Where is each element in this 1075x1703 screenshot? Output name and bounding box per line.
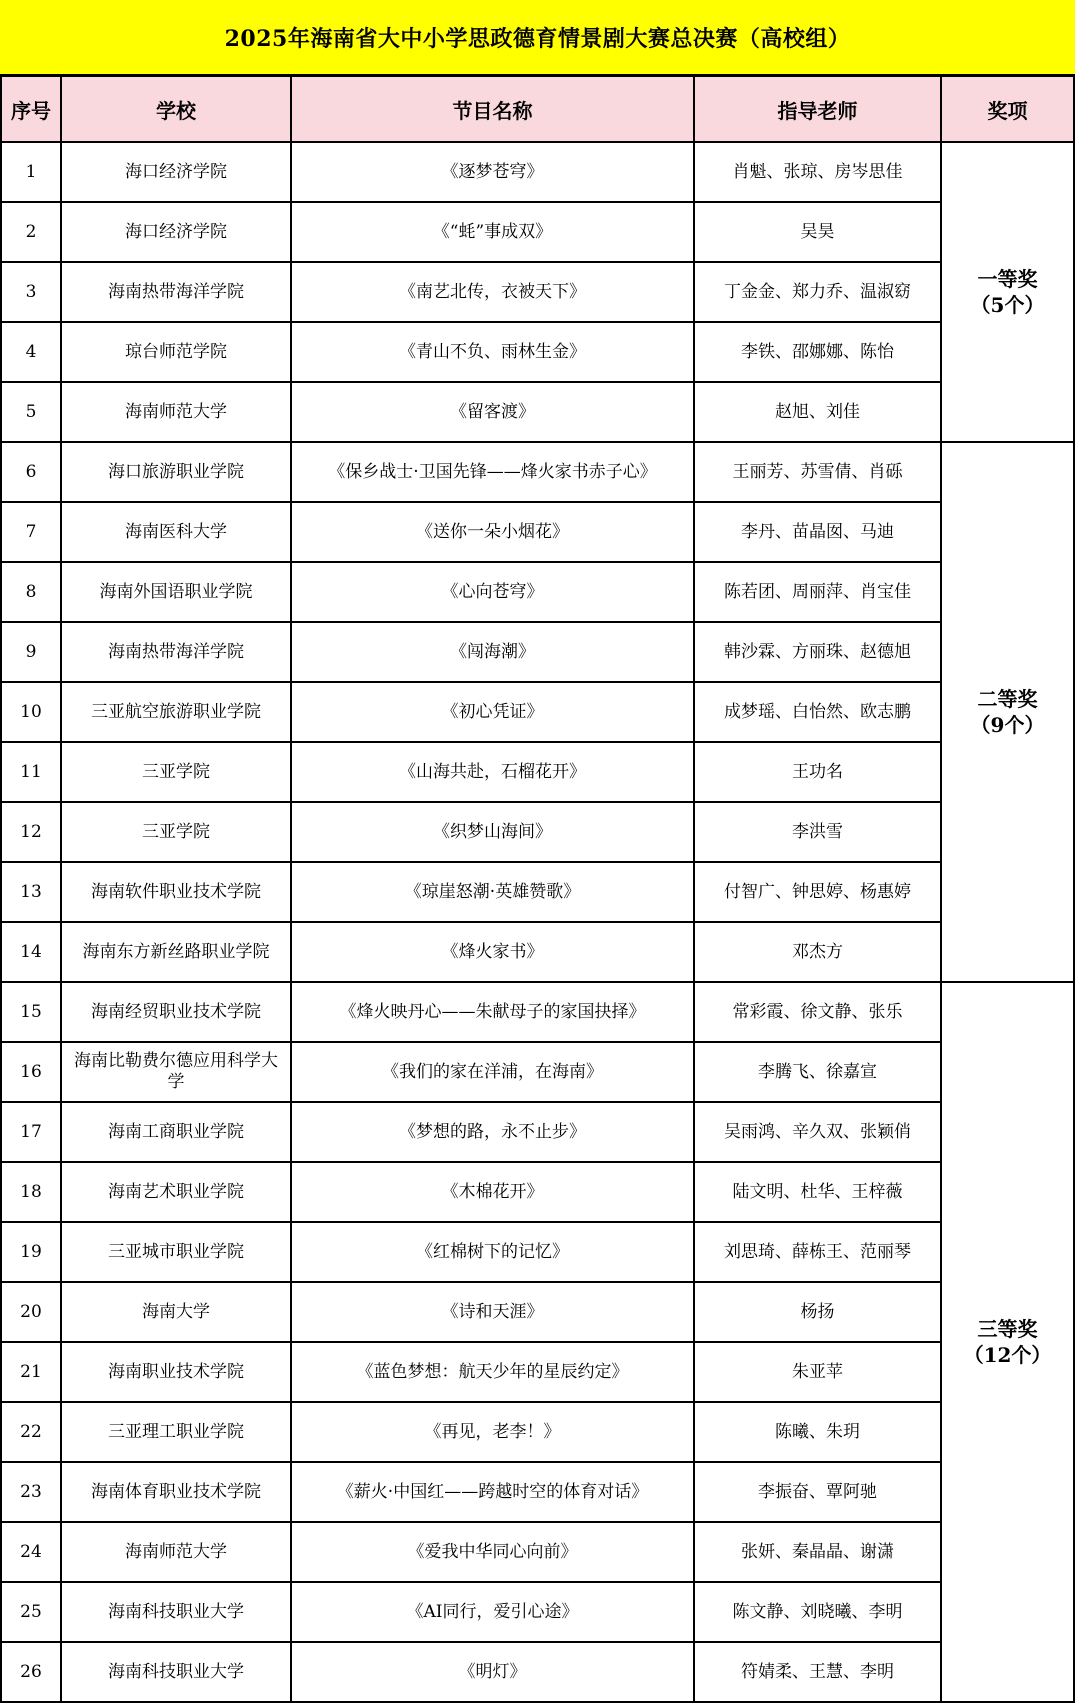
cell-no: 1 bbox=[1, 142, 61, 202]
cell-school: 海口经济学院 bbox=[61, 142, 291, 202]
page-title: 2025年海南省大中小学思政德育情景剧大赛总决赛（高校组） bbox=[0, 0, 1075, 76]
table-body: 1海口经济学院《逐梦苍穹》肖魁、张琼、房岑思佳一等奖（5个）2海口经济学院《“蚝… bbox=[1, 142, 1074, 1702]
cell-school: 三亚理工职业学院 bbox=[61, 1402, 291, 1462]
cell-program: 《红棉树下的记忆》 bbox=[291, 1222, 694, 1282]
table-row: 4琼台师范学院《青山不负、雨林生金》李铁、邵娜娜、陈怡 bbox=[1, 322, 1074, 382]
header-teacher: 指导老师 bbox=[694, 76, 941, 142]
table-row: 7海南医科大学《送你一朵小烟花》李丹、苗晶囡、马迪 bbox=[1, 502, 1074, 562]
cell-school: 海南艺术职业学院 bbox=[61, 1162, 291, 1222]
table-row: 18海南艺术职业学院《木棉花开》陆文明、杜华、王梓薇 bbox=[1, 1162, 1074, 1222]
cell-teacher: 吴昊 bbox=[694, 202, 941, 262]
header-award: 奖项 bbox=[941, 76, 1074, 142]
cell-program: 《织梦山海间》 bbox=[291, 802, 694, 862]
cell-school: 海口旅游职业学院 bbox=[61, 442, 291, 502]
awards-table: 序号 学校 节目名称 指导老师 奖项 1海口经济学院《逐梦苍穹》肖魁、张琼、房岑… bbox=[0, 75, 1075, 1703]
cell-teacher: 李洪雪 bbox=[694, 802, 941, 862]
cell-no: 8 bbox=[1, 562, 61, 622]
cell-school: 海南经贸职业技术学院 bbox=[61, 982, 291, 1042]
cell-no: 12 bbox=[1, 802, 61, 862]
cell-school: 海南比勒费尔德应用科学大学 bbox=[61, 1042, 291, 1102]
table-row: 3海南热带海洋学院《南艺北传，衣被天下》丁金金、郑力乔、温淑窈 bbox=[1, 262, 1074, 322]
cell-program: 《诗和天涯》 bbox=[291, 1282, 694, 1342]
table-row: 12三亚学院《织梦山海间》李洪雪 bbox=[1, 802, 1074, 862]
cell-teacher: 李铁、邵娜娜、陈怡 bbox=[694, 322, 941, 382]
cell-teacher: 李腾飞、徐嘉宣 bbox=[694, 1042, 941, 1102]
award-name: 一等奖 bbox=[946, 266, 1069, 292]
cell-program: 《留客渡》 bbox=[291, 382, 694, 442]
cell-program: 《我们的家在洋浦，在海南》 bbox=[291, 1042, 694, 1102]
cell-teacher: 丁金金、郑力乔、温淑窈 bbox=[694, 262, 941, 322]
award-cell: 一等奖（5个） bbox=[941, 142, 1074, 442]
cell-teacher: 陈曦、朱玥 bbox=[694, 1402, 941, 1462]
table-row: 21海南职业技术学院《蓝色梦想：航天少年的星辰约定》朱亚苹 bbox=[1, 1342, 1074, 1402]
table-row: 11三亚学院《山海共赴，石榴花开》王功名 bbox=[1, 742, 1074, 802]
cell-program: 《闯海潮》 bbox=[291, 622, 694, 682]
cell-school: 三亚城市职业学院 bbox=[61, 1222, 291, 1282]
table-row: 8海南外国语职业学院《心向苍穹》陈若团、周丽萍、肖宝佳 bbox=[1, 562, 1074, 622]
cell-program: 《再见，老李！》 bbox=[291, 1402, 694, 1462]
table-row: 10三亚航空旅游职业学院《初心凭证》成梦瑶、白怡然、欧志鹏 bbox=[1, 682, 1074, 742]
cell-school: 琼台师范学院 bbox=[61, 322, 291, 382]
header-program: 节目名称 bbox=[291, 76, 694, 142]
cell-no: 4 bbox=[1, 322, 61, 382]
award-name: 三等奖 bbox=[946, 1316, 1069, 1342]
cell-no: 9 bbox=[1, 622, 61, 682]
cell-school: 海南职业技术学院 bbox=[61, 1342, 291, 1402]
cell-school: 海南医科大学 bbox=[61, 502, 291, 562]
cell-no: 5 bbox=[1, 382, 61, 442]
cell-teacher: 邓杰方 bbox=[694, 922, 941, 982]
cell-teacher: 王功名 bbox=[694, 742, 941, 802]
table-row: 6海口旅游职业学院《保乡战士·卫国先锋——烽火家书赤子心》王丽芳、苏雪倩、肖砾二… bbox=[1, 442, 1074, 502]
cell-teacher: 成梦瑶、白怡然、欧志鹏 bbox=[694, 682, 941, 742]
cell-school: 海南外国语职业学院 bbox=[61, 562, 291, 622]
cell-teacher: 李丹、苗晶囡、马迪 bbox=[694, 502, 941, 562]
cell-program: 《蓝色梦想：航天少年的星辰约定》 bbox=[291, 1342, 694, 1402]
table-row: 14海南东方新丝路职业学院《烽火家书》邓杰方 bbox=[1, 922, 1074, 982]
cell-teacher: 刘思琦、薛栋王、范丽琴 bbox=[694, 1222, 941, 1282]
cell-school: 海南软件职业技术学院 bbox=[61, 862, 291, 922]
cell-no: 19 bbox=[1, 1222, 61, 1282]
table-row: 16海南比勒费尔德应用科学大学《我们的家在洋浦，在海南》李腾飞、徐嘉宣 bbox=[1, 1042, 1074, 1102]
award-cell: 二等奖（9个） bbox=[941, 442, 1074, 982]
cell-school: 海南热带海洋学院 bbox=[61, 622, 291, 682]
cell-program: 《烽火家书》 bbox=[291, 922, 694, 982]
cell-no: 10 bbox=[1, 682, 61, 742]
cell-program: 《木棉花开》 bbox=[291, 1162, 694, 1222]
cell-no: 20 bbox=[1, 1282, 61, 1342]
cell-no: 14 bbox=[1, 922, 61, 982]
table-row: 13海南软件职业技术学院《琼崖怒潮·英雄赞歌》付智广、钟思婷、杨惠婷 bbox=[1, 862, 1074, 922]
cell-no: 26 bbox=[1, 1642, 61, 1702]
cell-teacher: 赵旭、刘佳 bbox=[694, 382, 941, 442]
cell-school: 三亚学院 bbox=[61, 742, 291, 802]
cell-teacher: 杨扬 bbox=[694, 1282, 941, 1342]
cell-school: 海南科技职业大学 bbox=[61, 1642, 291, 1702]
table-row: 1海口经济学院《逐梦苍穹》肖魁、张琼、房岑思佳一等奖（5个） bbox=[1, 142, 1074, 202]
cell-school: 海南工商职业学院 bbox=[61, 1102, 291, 1162]
cell-no: 15 bbox=[1, 982, 61, 1042]
table-row: 22三亚理工职业学院《再见，老李！》陈曦、朱玥 bbox=[1, 1402, 1074, 1462]
cell-no: 22 bbox=[1, 1402, 61, 1462]
cell-teacher: 常彩霞、徐文静、张乐 bbox=[694, 982, 941, 1042]
cell-teacher: 朱亚苹 bbox=[694, 1342, 941, 1402]
table-row: 25海南科技职业大学《AI同行，爱引心途》陈文静、刘晓曦、李明 bbox=[1, 1582, 1074, 1642]
table-row: 15海南经贸职业技术学院《烽火映丹心——朱献母子的家国抉择》常彩霞、徐文静、张乐… bbox=[1, 982, 1074, 1042]
award-count: （9个） bbox=[946, 712, 1069, 738]
cell-program: 《山海共赴，石榴花开》 bbox=[291, 742, 694, 802]
cell-program: 《送你一朵小烟花》 bbox=[291, 502, 694, 562]
cell-no: 13 bbox=[1, 862, 61, 922]
table-row: 20海南大学《诗和天涯》杨扬 bbox=[1, 1282, 1074, 1342]
cell-teacher: 吴雨鸿、辛久双、张颖俏 bbox=[694, 1102, 941, 1162]
cell-program: 《“蚝”事成双》 bbox=[291, 202, 694, 262]
cell-program: 《AI同行，爱引心途》 bbox=[291, 1582, 694, 1642]
table-row: 23海南体育职业技术学院《薪火·中国红——跨越时空的体育对话》李振奋、覃阿驰 bbox=[1, 1462, 1074, 1522]
cell-school: 海南热带海洋学院 bbox=[61, 262, 291, 322]
cell-program: 《逐梦苍穹》 bbox=[291, 142, 694, 202]
header-no: 序号 bbox=[1, 76, 61, 142]
cell-school: 海南师范大学 bbox=[61, 382, 291, 442]
header-row: 序号 学校 节目名称 指导老师 奖项 bbox=[1, 76, 1074, 142]
cell-program: 《南艺北传，衣被天下》 bbox=[291, 262, 694, 322]
cell-school: 海南师范大学 bbox=[61, 1522, 291, 1582]
cell-school: 海南东方新丝路职业学院 bbox=[61, 922, 291, 982]
cell-program: 《明灯》 bbox=[291, 1642, 694, 1702]
award-cell: 三等奖（12个） bbox=[941, 982, 1074, 1702]
cell-no: 25 bbox=[1, 1582, 61, 1642]
table-row: 5海南师范大学《留客渡》赵旭、刘佳 bbox=[1, 382, 1074, 442]
cell-school: 三亚航空旅游职业学院 bbox=[61, 682, 291, 742]
cell-no: 11 bbox=[1, 742, 61, 802]
cell-program: 《梦想的路，永不止步》 bbox=[291, 1102, 694, 1162]
cell-school: 海南体育职业技术学院 bbox=[61, 1462, 291, 1522]
cell-program: 《琼崖怒潮·英雄赞歌》 bbox=[291, 862, 694, 922]
cell-no: 18 bbox=[1, 1162, 61, 1222]
cell-no: 23 bbox=[1, 1462, 61, 1522]
table-row: 2海口经济学院《“蚝”事成双》吴昊 bbox=[1, 202, 1074, 262]
table-row: 17海南工商职业学院《梦想的路，永不止步》吴雨鸿、辛久双、张颖俏 bbox=[1, 1102, 1074, 1162]
cell-school: 三亚学院 bbox=[61, 802, 291, 862]
cell-teacher: 张妍、秦晶晶、谢潇 bbox=[694, 1522, 941, 1582]
header-school: 学校 bbox=[61, 76, 291, 142]
table-row: 9海南热带海洋学院《闯海潮》韩沙霖、方丽珠、赵德旭 bbox=[1, 622, 1074, 682]
cell-teacher: 陈若团、周丽萍、肖宝佳 bbox=[694, 562, 941, 622]
cell-no: 16 bbox=[1, 1042, 61, 1102]
cell-program: 《青山不负、雨林生金》 bbox=[291, 322, 694, 382]
cell-teacher: 陆文明、杜华、王梓薇 bbox=[694, 1162, 941, 1222]
cell-program: 《爱我中华同心向前》 bbox=[291, 1522, 694, 1582]
cell-no: 7 bbox=[1, 502, 61, 562]
cell-no: 2 bbox=[1, 202, 61, 262]
cell-program: 《心向苍穹》 bbox=[291, 562, 694, 622]
table-row: 24海南师范大学《爱我中华同心向前》张妍、秦晶晶、谢潇 bbox=[1, 1522, 1074, 1582]
cell-no: 21 bbox=[1, 1342, 61, 1402]
cell-school: 海南大学 bbox=[61, 1282, 291, 1342]
award-name: 二等奖 bbox=[946, 686, 1069, 712]
cell-program: 《烽火映丹心——朱献母子的家国抉择》 bbox=[291, 982, 694, 1042]
cell-teacher: 李振奋、覃阿驰 bbox=[694, 1462, 941, 1522]
award-count: （5个） bbox=[946, 292, 1069, 318]
cell-teacher: 付智广、钟思婷、杨惠婷 bbox=[694, 862, 941, 922]
cell-teacher: 肖魁、张琼、房岑思佳 bbox=[694, 142, 941, 202]
cell-program: 《保乡战士·卫国先锋——烽火家书赤子心》 bbox=[291, 442, 694, 502]
cell-no: 3 bbox=[1, 262, 61, 322]
cell-program: 《薪火·中国红——跨越时空的体育对话》 bbox=[291, 1462, 694, 1522]
award-count: （12个） bbox=[946, 1342, 1069, 1368]
cell-school: 海南科技职业大学 bbox=[61, 1582, 291, 1642]
table-row: 26海南科技职业大学《明灯》符婧柔、王慧、李明 bbox=[1, 1642, 1074, 1702]
cell-no: 24 bbox=[1, 1522, 61, 1582]
cell-no: 6 bbox=[1, 442, 61, 502]
cell-teacher: 符婧柔、王慧、李明 bbox=[694, 1642, 941, 1702]
cell-teacher: 陈文静、刘晓曦、李明 bbox=[694, 1582, 941, 1642]
cell-program: 《初心凭证》 bbox=[291, 682, 694, 742]
cell-school: 海口经济学院 bbox=[61, 202, 291, 262]
cell-teacher: 韩沙霖、方丽珠、赵德旭 bbox=[694, 622, 941, 682]
table-row: 19三亚城市职业学院《红棉树下的记忆》刘思琦、薛栋王、范丽琴 bbox=[1, 1222, 1074, 1282]
cell-teacher: 王丽芳、苏雪倩、肖砾 bbox=[694, 442, 941, 502]
cell-no: 17 bbox=[1, 1102, 61, 1162]
